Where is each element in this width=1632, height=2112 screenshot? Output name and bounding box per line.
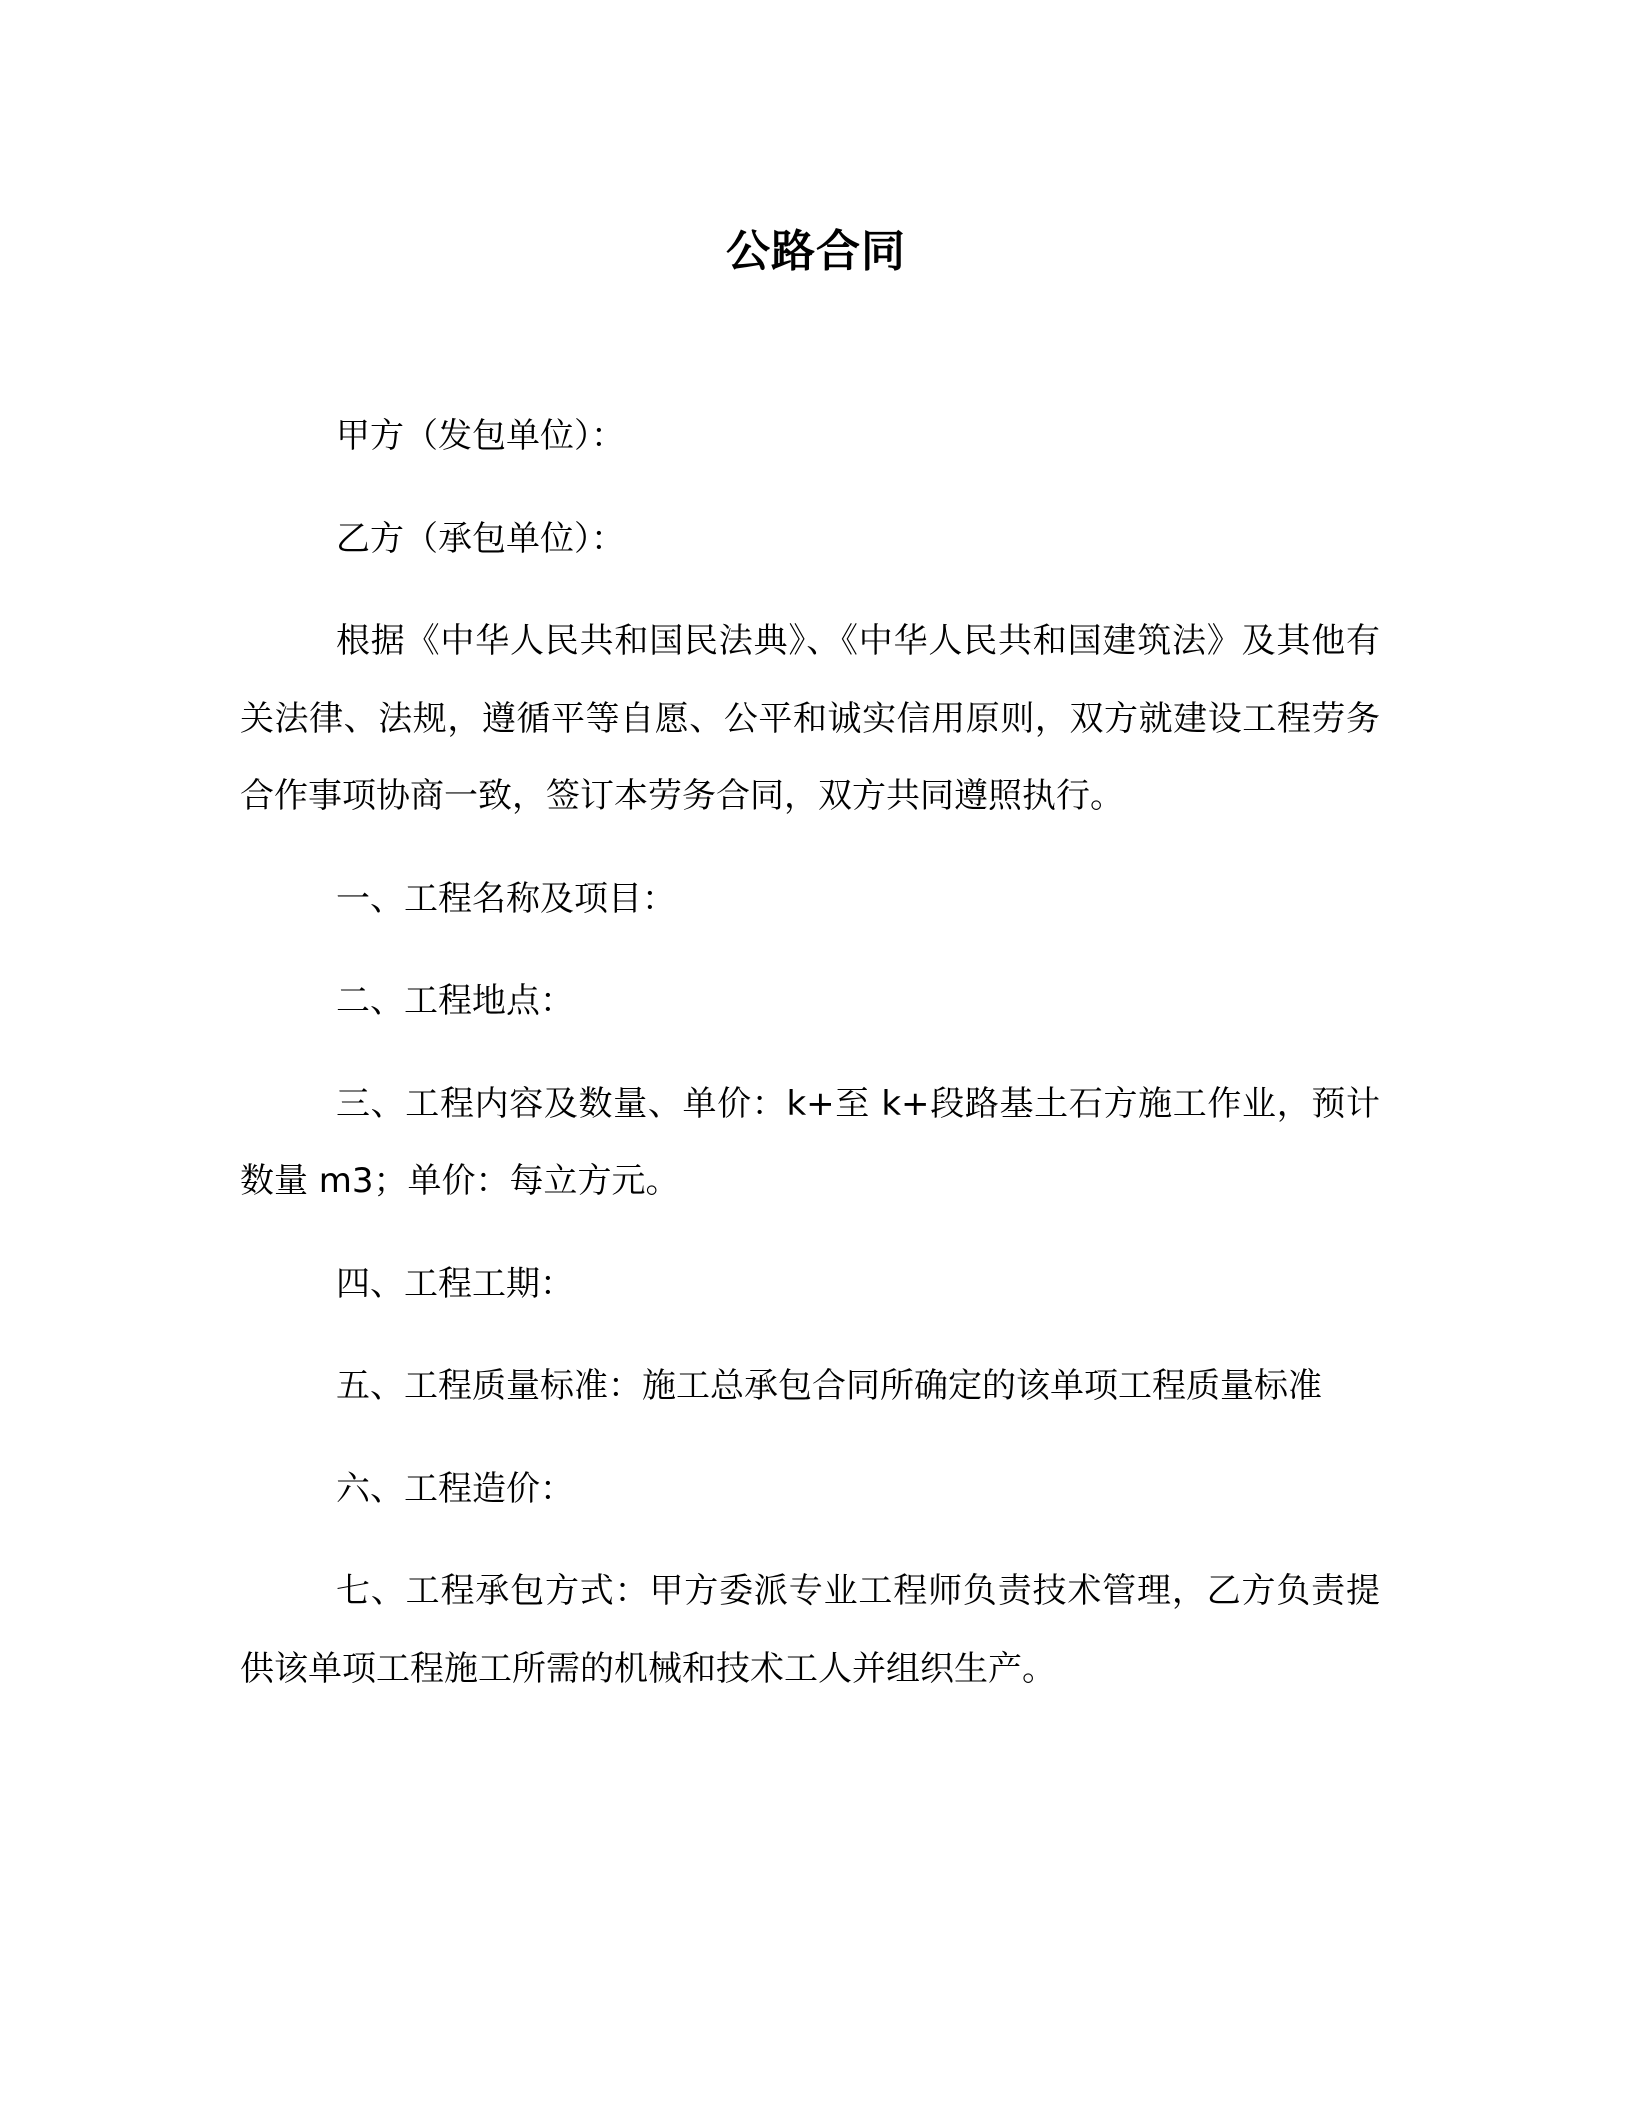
clause-cost: 六、工程造价： [240, 1451, 1380, 1529]
document-body: 甲方（发包单位）： 乙方（承包单位）： 根据《中华人民共和国民法典》、《中华人民… [240, 398, 1380, 1733]
clause-project-name: 一、工程名称及项目： [240, 861, 1380, 939]
preamble-paragraph: 根据《中华人民共和国民法典》、《中华人民共和国建筑法》及其他有关法律、法规，遵循… [240, 603, 1380, 836]
document-page: 公路合同 甲方（发包单位）： 乙方（承包单位）： 根据《中华人民共和国民法典》、… [0, 0, 1632, 2112]
document-title: 公路合同 [0, 222, 1632, 282]
party-b-line: 乙方（承包单位）： [240, 501, 1380, 579]
clause-contracting-method: 七、工程承包方式：甲方委派专业工程师负责技术管理，乙方负责提供该单项工程施工所需… [240, 1553, 1380, 1708]
clause-project-location: 二、工程地点： [240, 963, 1380, 1041]
clause-content-quantity-price: 三、工程内容及数量、单价：k+至 k+段路基土石方施工作业，预计数量 m3；单价… [240, 1066, 1380, 1221]
clause-quality-standard: 五、工程质量标准：施工总承包合同所确定的该单项工程质量标准 [240, 1348, 1380, 1426]
clause-schedule: 四、工程工期： [240, 1246, 1380, 1324]
party-a-line: 甲方（发包单位）： [240, 398, 1380, 476]
